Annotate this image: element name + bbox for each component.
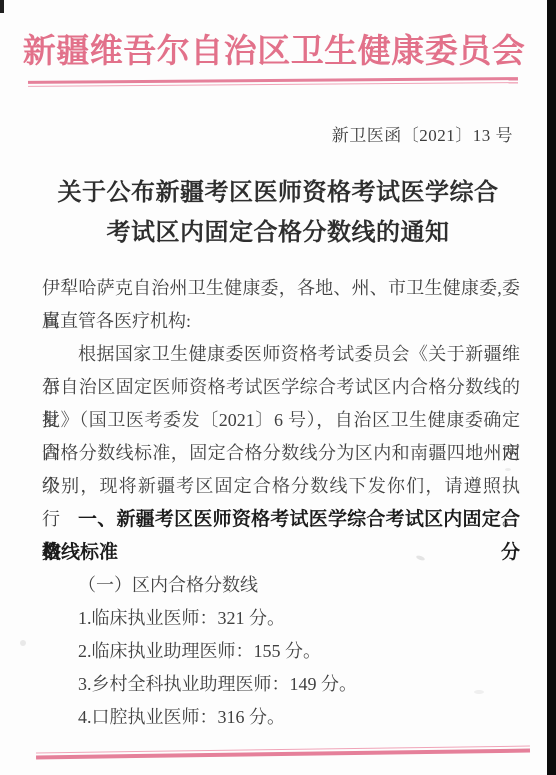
letterhead-separator-line [28,77,518,87]
letterhead-agency-name: 新疆维吾尔自治区卫生健康委员会 [0,25,548,72]
score-list-item: 2.临床执业助理医师：155 分。 [42,635,520,668]
body-line: 尔自治区固定医师资格考试医学综合考试区内合格分数线的批 [42,371,520,404]
document-reference-number: 新卫医函〔2021〕13 号 [332,121,513,146]
body-line: 合格分数线标准，固定合格分数线分为区内和南疆四地州两个 [42,437,520,470]
score-list-item: 1.临床执业医师：321 分。 [42,602,520,635]
body-line: 复》（国卫医考委发〔2021〕6 号），自治区卫生健康委确定固定 [42,404,520,437]
scan-artifact-smudge [20,640,26,646]
notice-title-line-1: 关于公布新疆考区医师资格考试医学综合 [20,173,536,213]
subsection-heading: （一）区内合格分数线 [42,569,520,602]
body-line: 级别，现将新疆考区固定合格分数线下发你们，请遵照执行。 [42,470,520,503]
notice-title: 关于公布新疆考区医师资格考试医学综合 考试区内固定合格分数线的通知 [20,173,536,253]
salutation-line: 伊犁哈萨克自治州卫生健康委，各地、州、市卫生健康委,委直 [42,272,520,305]
notice-body: 伊犁哈萨克自治州卫生健康委，各地、州、市卫生健康委,委直 属直管各医疗机构: 根… [42,272,520,734]
scanned-official-notice: 新疆维吾尔自治区卫生健康委员会 新卫医函〔2021〕13 号 关于公布新疆考区医… [0,0,556,775]
body-line: 根据国家卫生健康委医师资格考试委员会《关于新疆维吾 [42,338,520,371]
score-list-item: 3.乡村全科执业助理医师：149 分。 [42,668,520,701]
footer-separator-line [36,746,530,760]
notice-title-line-2: 考试区内固定合格分数线的通知 [20,213,536,253]
scan-artifact-speck [0,0,4,13]
scan-artifact-smudge [505,468,511,471]
scan-artifact-smudge [474,690,484,694]
section-heading-line: 一、新疆考区医师资格考试医学综合考试区内固定合格分 [42,503,520,536]
scan-edge-bar [547,0,556,775]
salutation-line: 属直管各医疗机构: [42,305,520,338]
score-list-item: 4.口腔执业医师：316 分。 [42,701,520,734]
